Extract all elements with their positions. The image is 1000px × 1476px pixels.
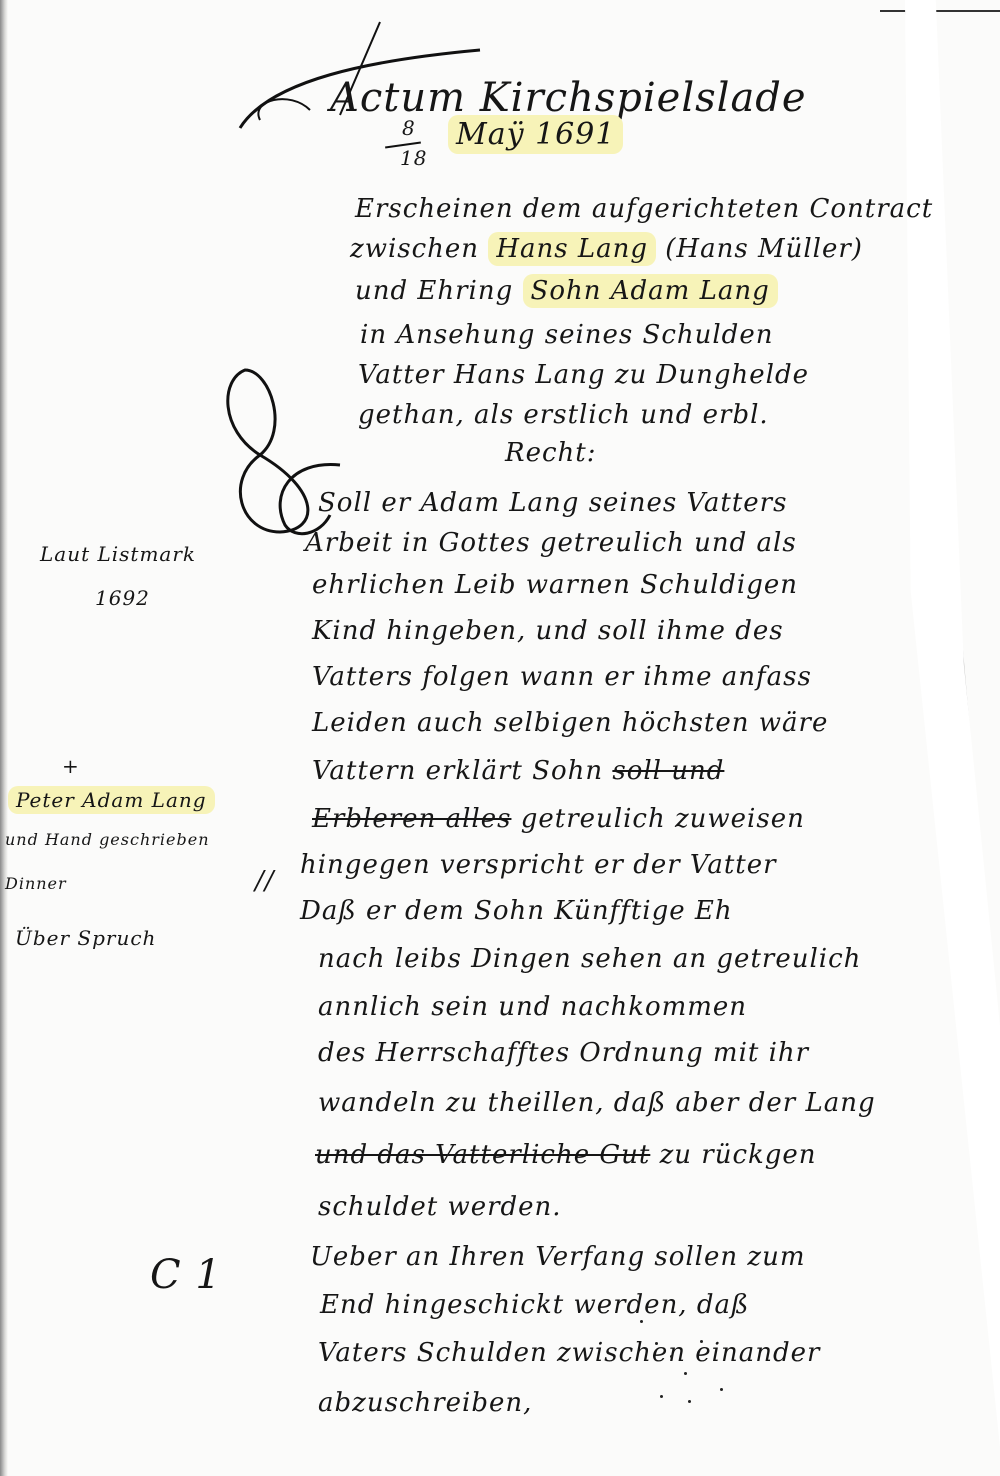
- highlighted-name-hans-lang: Hans Lang: [488, 232, 656, 266]
- body-line-1: Soll er Adam Lang seines Vatters: [318, 490, 787, 516]
- top-border-line: [880, 10, 1000, 12]
- struck-text: und das Vatterliche Gut: [315, 1140, 650, 1170]
- cross-mark: +: [62, 756, 80, 776]
- document-title: Actum Kirchspielslade: [330, 78, 807, 118]
- ink-speck: [670, 1355, 673, 1358]
- body-line-7-post: Sohn: [523, 756, 612, 786]
- ink-speck: [684, 1372, 687, 1375]
- double-slash-mark: //: [255, 868, 275, 894]
- margin-note-2: Peter Adam Lang: [8, 790, 215, 810]
- date-fraction-bottom: 18: [400, 148, 427, 168]
- margin-note-2-line-4: Über Spruch: [15, 928, 156, 948]
- ink-speck: [688, 1400, 691, 1403]
- margin-note-2-line-2: und Hand geschrieben: [5, 832, 210, 848]
- intro-line-2-post: (Hans Müller): [656, 234, 863, 264]
- body-line-11: nach leibs Dingen sehen an getreulich: [318, 946, 861, 972]
- margin-note-2-line-3: Dinner: [5, 876, 67, 892]
- highlighted-date: Maÿ 1691: [448, 115, 623, 154]
- margin-note-1-line-2: 1692: [95, 588, 150, 608]
- body-line-18: End hingeschickt werden, daß: [320, 1292, 749, 1318]
- body-line-14: wandeln zu theillen, daß aber der Lang: [318, 1090, 876, 1116]
- intro-line-6: gethan, als erstlich und erbl.: [358, 402, 769, 428]
- body-line-19: Vaters Schulden zwischen einander: [318, 1340, 820, 1366]
- body-line-6: Leiden auch selbigen höchsten wäre: [312, 710, 828, 736]
- body-line-8-post: getreulich zuweisen: [511, 804, 804, 834]
- body-line-7-text: Vattern erklärt: [312, 756, 523, 786]
- body-line-10: Daß er dem Sohn Künfftige Eh: [300, 898, 733, 924]
- body-line-8: Erbleren alles getreulich zuweisen: [312, 806, 805, 832]
- struck-text: Erbleren alles: [312, 804, 511, 834]
- ink-speck: [640, 1320, 643, 1323]
- ink-speck: [700, 1340, 703, 1343]
- body-line-16: schuldet werden.: [318, 1194, 562, 1220]
- intro-line-3-pre: und Ehring: [355, 276, 523, 306]
- ink-speck: [720, 1388, 723, 1391]
- intro-line-2: zwischen Hans Lang (Hans Müller): [350, 236, 863, 262]
- body-line-2: Arbeit in Gottes getreulich und als: [305, 530, 797, 556]
- body-line-13: des Herrschafftes Ordnung mit ihr: [318, 1040, 809, 1066]
- intro-line-3: und Ehring Sohn Adam Lang: [355, 278, 778, 304]
- date-highlight: Maÿ 1691: [448, 120, 623, 150]
- body-line-20: abzuschreiben,: [318, 1390, 532, 1416]
- bottom-margin-mark: C 1: [150, 1255, 222, 1295]
- body-line-4: Kind hingeben, und soll ihme des: [312, 618, 784, 644]
- ink-speck: [655, 1342, 658, 1345]
- intro-line-7: Recht:: [505, 440, 596, 466]
- intro-line-1: Erscheinen dem aufgerichteten Contract: [355, 196, 933, 222]
- intro-line-2-pre: zwischen: [350, 234, 488, 264]
- body-line-3: ehrlichen Leib warnen Schuldigen: [312, 572, 798, 598]
- manuscript-page: Actum Kirchspielslade 8 18 Maÿ 1691 Ersc…: [0, 0, 1000, 1476]
- intro-line-5: Vatter Hans Lang zu Dunghelde: [358, 362, 809, 388]
- body-line-7: Vattern erklärt Sohn soll und: [312, 758, 724, 784]
- body-line-15-post: zu rückgen: [650, 1140, 816, 1170]
- ink-speck: [660, 1395, 663, 1398]
- intro-line-4: in Ansehung seines Schulden: [360, 322, 773, 348]
- body-line-5: Vatters folgen wann er ihme anfass: [312, 664, 812, 690]
- body-line-17: Ueber an Ihren Verfang sollen zum: [310, 1244, 805, 1270]
- highlighted-name-adam-lang: Sohn Adam Lang: [523, 274, 778, 308]
- body-line-15: und das Vatterliche Gut zu rückgen: [315, 1142, 817, 1168]
- highlighted-name-peter-adam-lang: Peter Adam Lang: [8, 786, 215, 814]
- page-edge-left: [0, 0, 8, 1476]
- margin-note-1-line-1: Laut Listmark: [40, 544, 196, 564]
- struck-text: soll und: [612, 756, 724, 786]
- body-line-9: hingegen verspricht er der Vatter: [300, 852, 777, 878]
- body-line-12: annlich sein und nachkommen: [318, 994, 747, 1020]
- date-fraction-top: 8: [402, 118, 416, 138]
